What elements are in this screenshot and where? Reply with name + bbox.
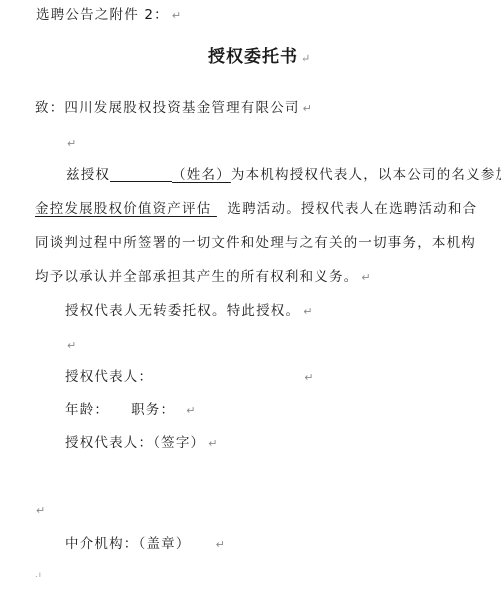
agency-seal-line: 中介机构：（盖章）↵ — [65, 535, 225, 554]
name-blank-field — [110, 167, 172, 182]
name-hint: （姓名） — [172, 167, 231, 183]
end-mark-icon: .ı — [35, 570, 42, 579]
paragraph-mark-icon: ↵ — [67, 137, 76, 150]
age-position-line: 年龄：职务：↵ — [65, 401, 195, 420]
no-sub-delegation-text: 授权代表人无转委托权。特此授权。 — [65, 303, 300, 319]
representative-line: 授权代表人：↵ — [65, 368, 313, 387]
body-line-1: 兹授权（姓名）为本机构授权代表人，以本公司的名义参加 — [66, 166, 501, 184]
paragraph-mark-icon: ↵ — [186, 404, 195, 417]
paragraph-mark-icon: ↵ — [303, 305, 312, 318]
attachment-header: 选聘公告之附件 2：↵ — [36, 6, 181, 25]
no-sub-delegation-line: 授权代表人无转委托权。特此授权。↵ — [65, 302, 312, 321]
paragraph-mark-icon: ↵ — [361, 271, 370, 284]
paragraph-mark-icon: ↵ — [303, 102, 312, 115]
addressee-line: 致：四川发展股权投资基金管理有限公司↵ — [35, 99, 312, 118]
paragraph-mark-icon: ↵ — [208, 437, 217, 450]
paragraph-mark-icon: ↵ — [67, 339, 76, 352]
representative-signature-label: 授权代表人：（签字） — [65, 435, 205, 451]
paragraph-mark-icon: ↵ — [216, 538, 225, 551]
addressee-text: 致：四川发展股权投资基金管理有限公司 — [35, 100, 300, 116]
attachment-header-text: 选聘公告之附件 2： — [36, 7, 169, 23]
paragraph-mark-icon: ↵ — [172, 9, 181, 22]
document-title-text: 授权委托书 — [208, 47, 298, 67]
empty-paragraph: ↵ — [64, 336, 76, 355]
body-line-1-suffix: 为本机构授权代表人，以本公司的名义参加 — [231, 167, 501, 183]
body-line-3-text: 同谈判过程中所签署的一切文件和处理与之有关的一切事务，本机构 — [35, 235, 476, 251]
agency-seal-label: 中介机构：（盖章） — [65, 536, 191, 552]
representative-label: 授权代表人： — [65, 369, 153, 385]
paragraph-mark-icon: ↵ — [304, 371, 313, 384]
representative-signature-line: 授权代表人：（签字）↵ — [65, 434, 217, 453]
body-line-4-text: 均予以承认并全部承担其产生的所有权利和义务。 — [35, 269, 358, 285]
document-title: 授权委托书↵ — [208, 46, 310, 70]
body-line-2: 金控发展股权价值资产评估 选聘活动。授权代表人在选聘活动和合 — [35, 200, 477, 218]
age-label: 年龄： — [65, 402, 109, 418]
end-mark: .ı — [35, 566, 42, 584]
body-line-4: 均予以承认并全部承担其产生的所有权利和义务。↵ — [35, 268, 371, 287]
body-line-2-suffix: 选聘活动。授权代表人在选聘活动和合 — [227, 201, 477, 217]
paragraph-mark-icon: ↵ — [301, 52, 310, 65]
body-line-3: 同谈判过程中所签署的一切文件和处理与之有关的一切事务，本机构 — [35, 234, 476, 252]
empty-paragraph: ↵ — [33, 501, 45, 520]
position-label: 职务： — [131, 402, 175, 418]
paragraph-mark-icon: ↵ — [36, 504, 45, 517]
project-underline-gap — [211, 200, 227, 218]
project-name: 金控发展股权价值资产评估 — [35, 201, 211, 217]
empty-paragraph: ↵ — [64, 134, 76, 153]
body-line-1-prefix: 兹授权 — [66, 167, 110, 183]
